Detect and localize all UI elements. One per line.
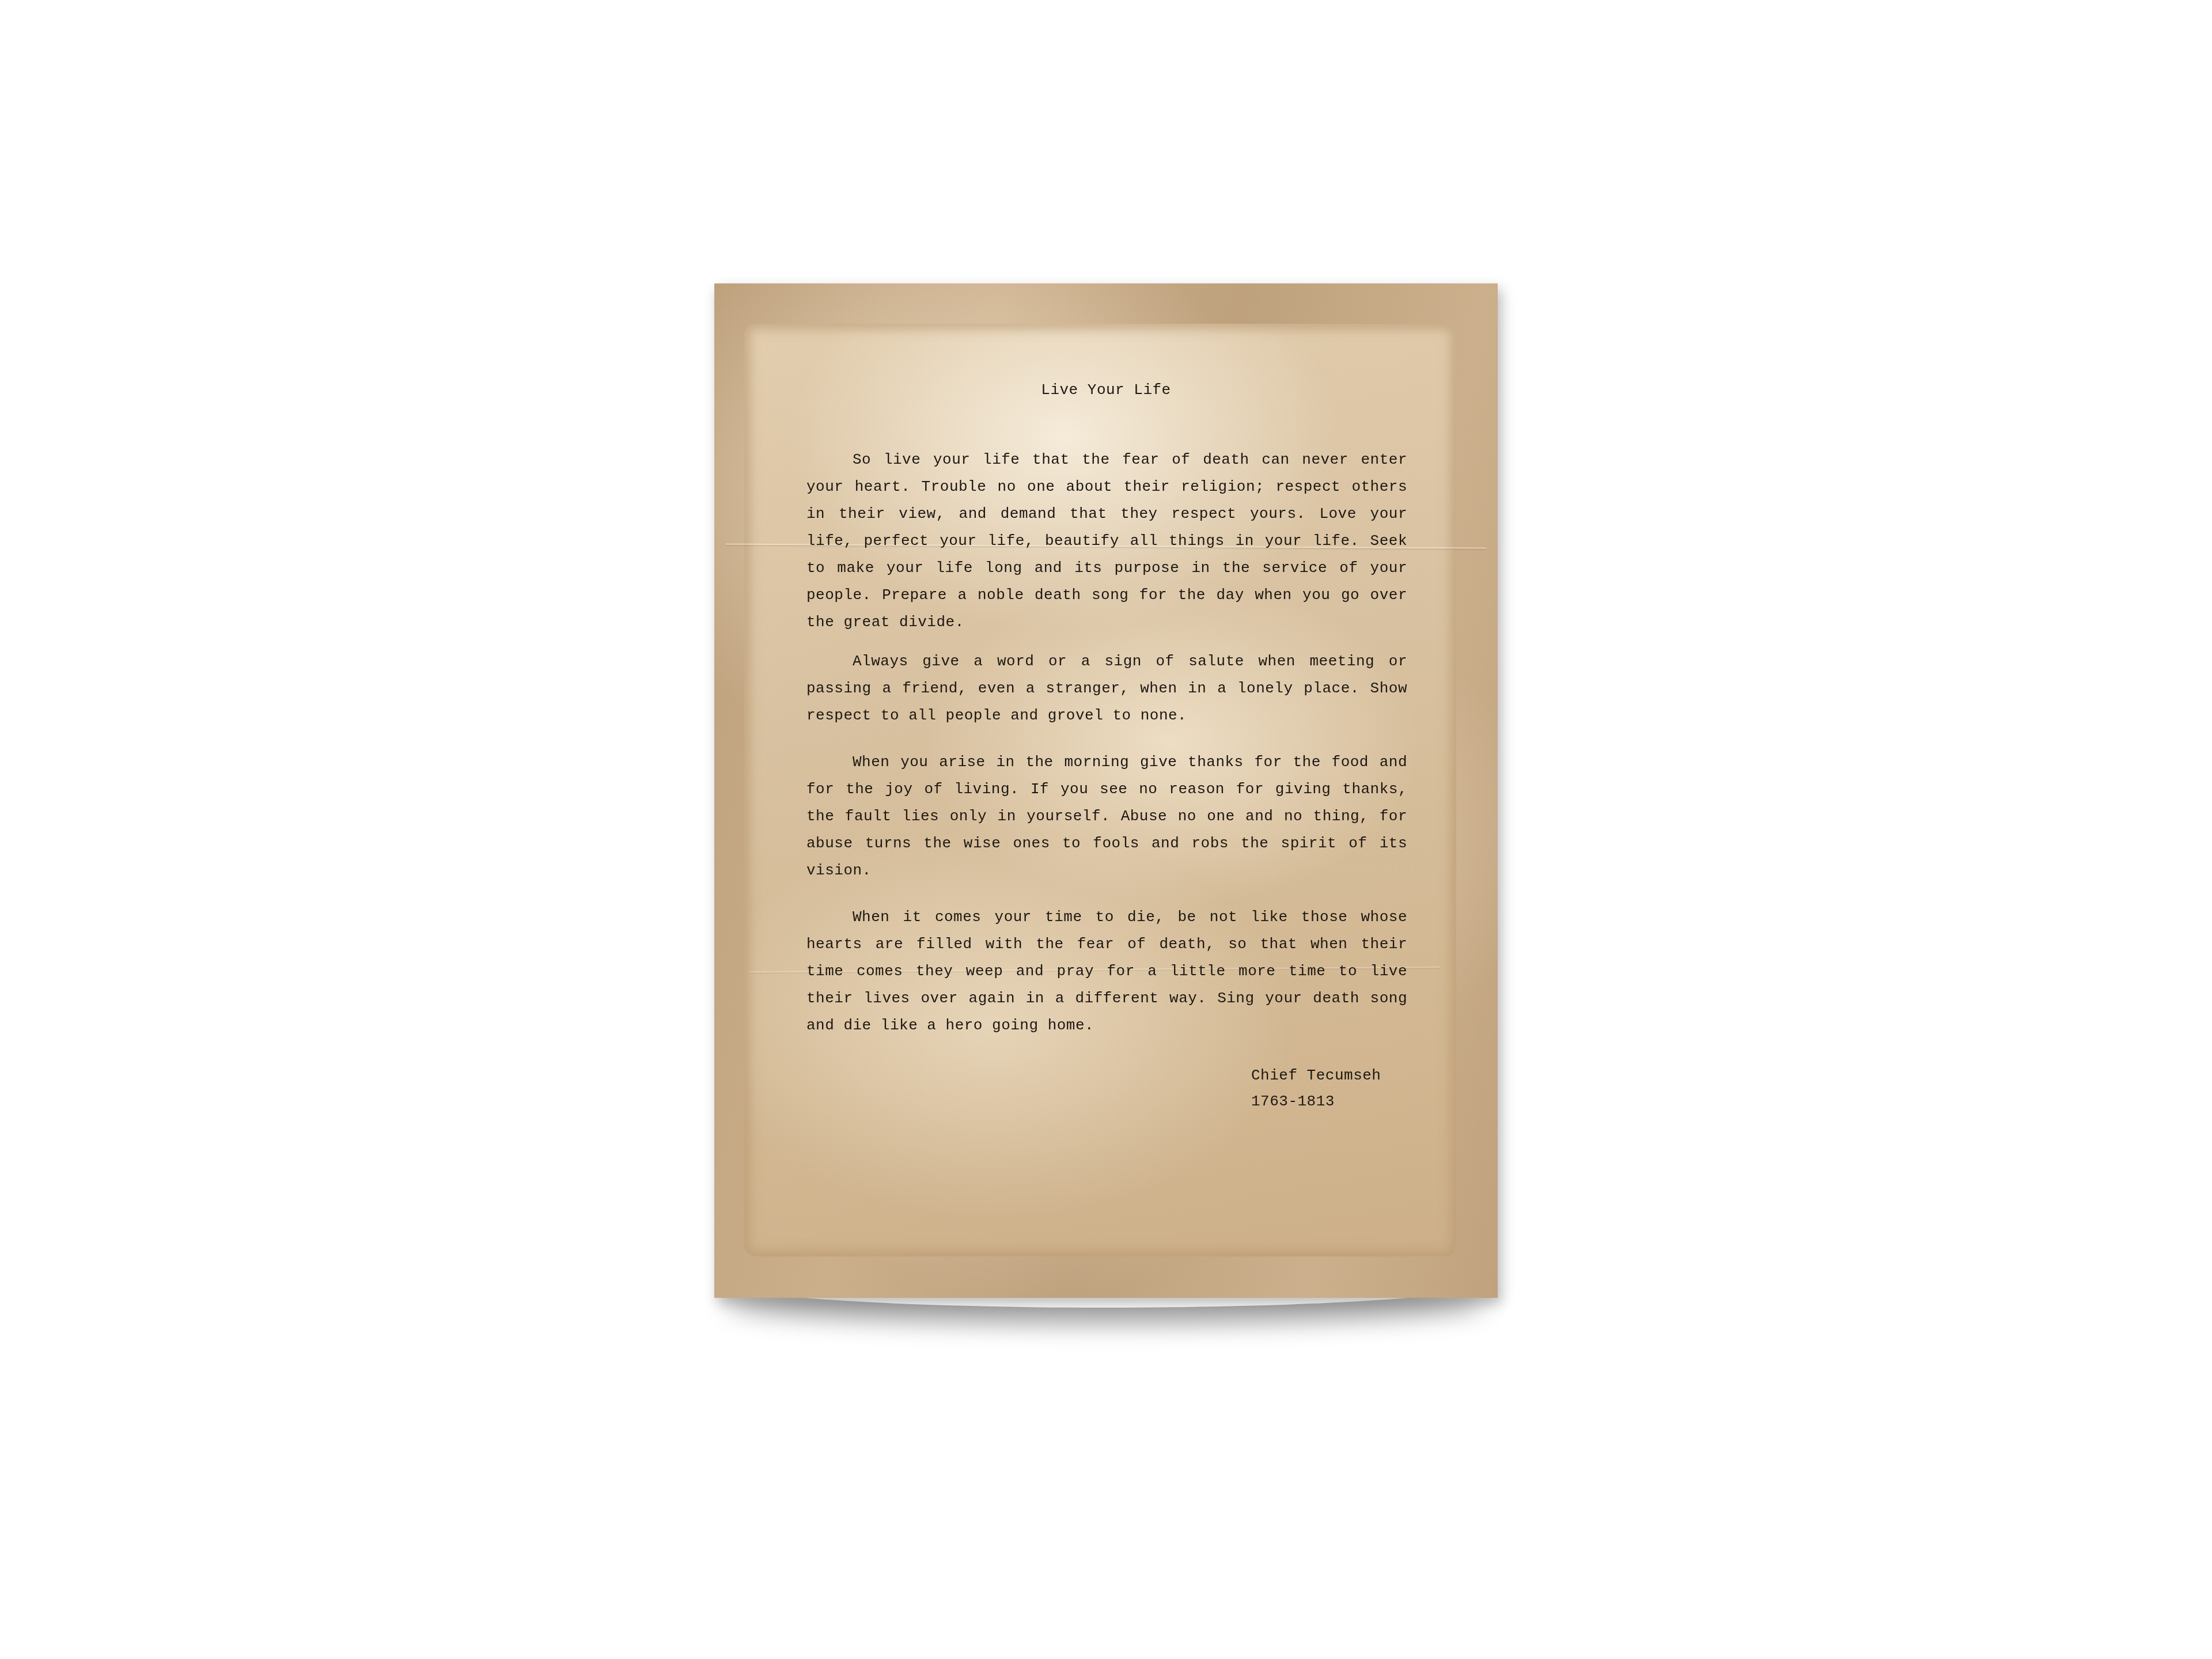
signature-author: Chief Tecumseh bbox=[1251, 1063, 1381, 1089]
paragraph-4: When it comes your time to die, be not l… bbox=[806, 904, 1407, 1039]
signature-block: Chief Tecumseh 1763-1813 bbox=[1251, 1063, 1381, 1115]
document-title: Live Your Life bbox=[714, 381, 1498, 399]
aged-paper-sheet: Live Your Life So live your life that th… bbox=[714, 283, 1498, 1298]
signature-dates: 1763-1813 bbox=[1251, 1089, 1381, 1115]
paragraph-2: Always give a word or a sign of salute w… bbox=[806, 648, 1407, 729]
paragraph-1: So live your life that the fear of death… bbox=[806, 446, 1407, 636]
paragraph-3: When you arise in the morning give thank… bbox=[806, 749, 1407, 884]
